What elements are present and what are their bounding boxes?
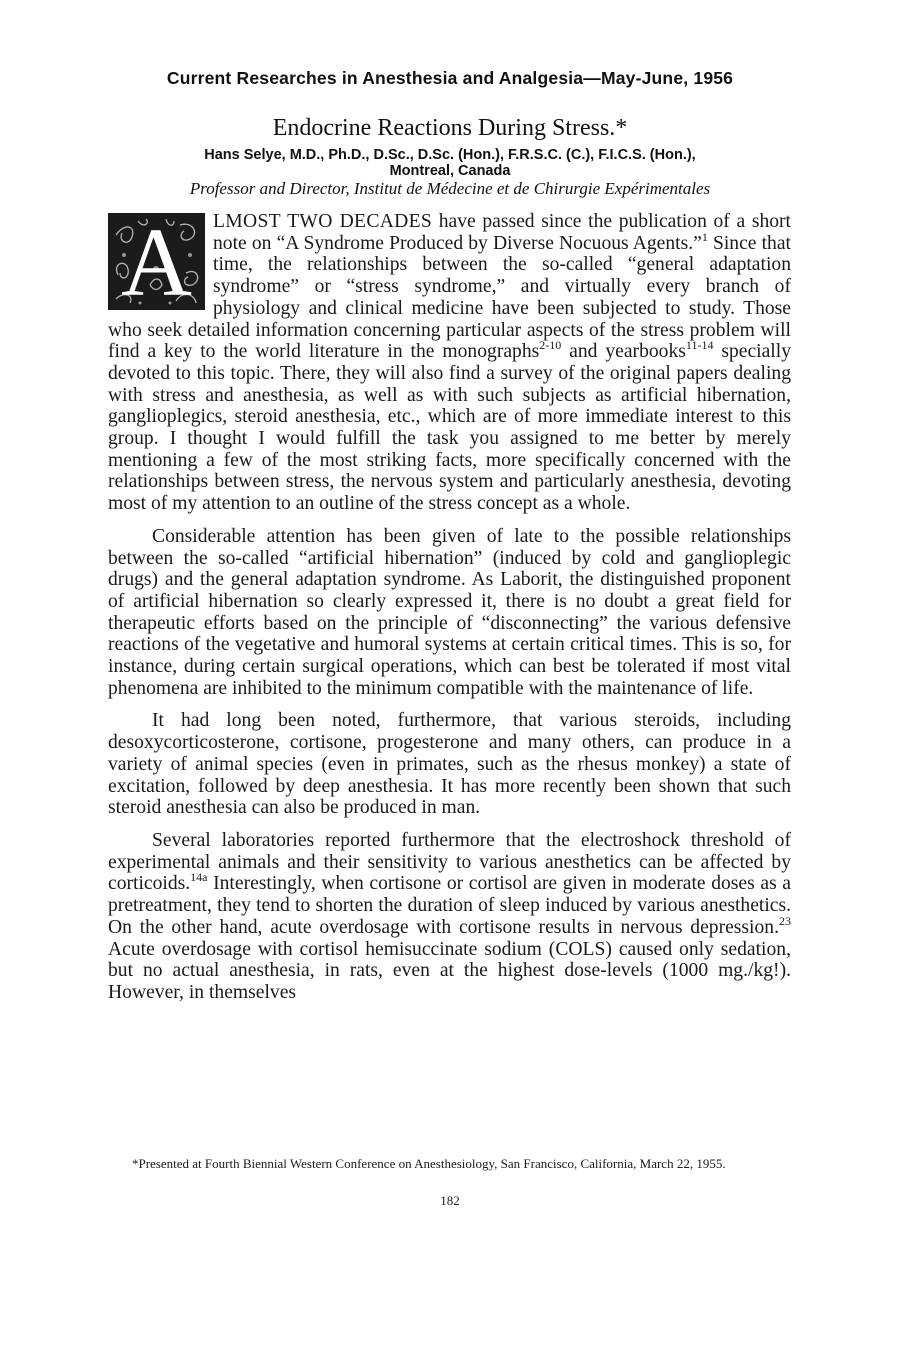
journal-running-header: Current Researches in Anesthesia and Ana… <box>0 68 900 89</box>
citation-ref: 23 <box>779 914 791 928</box>
citation-ref: 14a <box>190 870 207 884</box>
paragraph-3: It had long been noted, furthermore, tha… <box>108 710 791 819</box>
document-page: Current Researches in Anesthesia and Ana… <box>0 0 900 1350</box>
text-segment: Acute overdosage with cortisol hemisucci… <box>108 939 791 1003</box>
paragraph-2: Considerable attention has been given of… <box>108 526 791 700</box>
citation-ref: 2-10 <box>539 338 561 352</box>
citation-ref: 11-14 <box>686 338 714 352</box>
author-credentials: Hans Selye, M.D., Ph.D., D.Sc., D.Sc. (H… <box>0 147 900 163</box>
page-number: 182 <box>0 1193 900 1209</box>
paragraph-4: Several laboratories reported furthermor… <box>108 830 791 1004</box>
paragraph-1: A LMOST TWO DECADES have passed since th… <box>108 211 791 515</box>
text-segment: Interestingly, when cortisone or cortiso… <box>108 873 791 937</box>
text-segment: and yearbooks <box>561 341 686 362</box>
author-affiliation: Professor and Director, Institut de Méde… <box>0 179 900 199</box>
text-segment: specially devoted to this topic. There, … <box>108 341 791 514</box>
lead-caps: LMOST TWO DECADES <box>213 211 432 232</box>
ornamental-dropcap: A <box>108 213 205 310</box>
footnote: *Presented at Fourth Biennial Western Co… <box>132 1157 792 1171</box>
article-body: A LMOST TWO DECADES have passed since th… <box>108 211 791 1015</box>
article-title: Endocrine Reactions During Stress.* <box>0 115 900 142</box>
dropcap-letter: A <box>110 217 203 309</box>
author-location: Montreal, Canada <box>0 163 900 179</box>
author-block: Hans Selye, M.D., Ph.D., D.Sc., D.Sc. (H… <box>0 147 900 179</box>
